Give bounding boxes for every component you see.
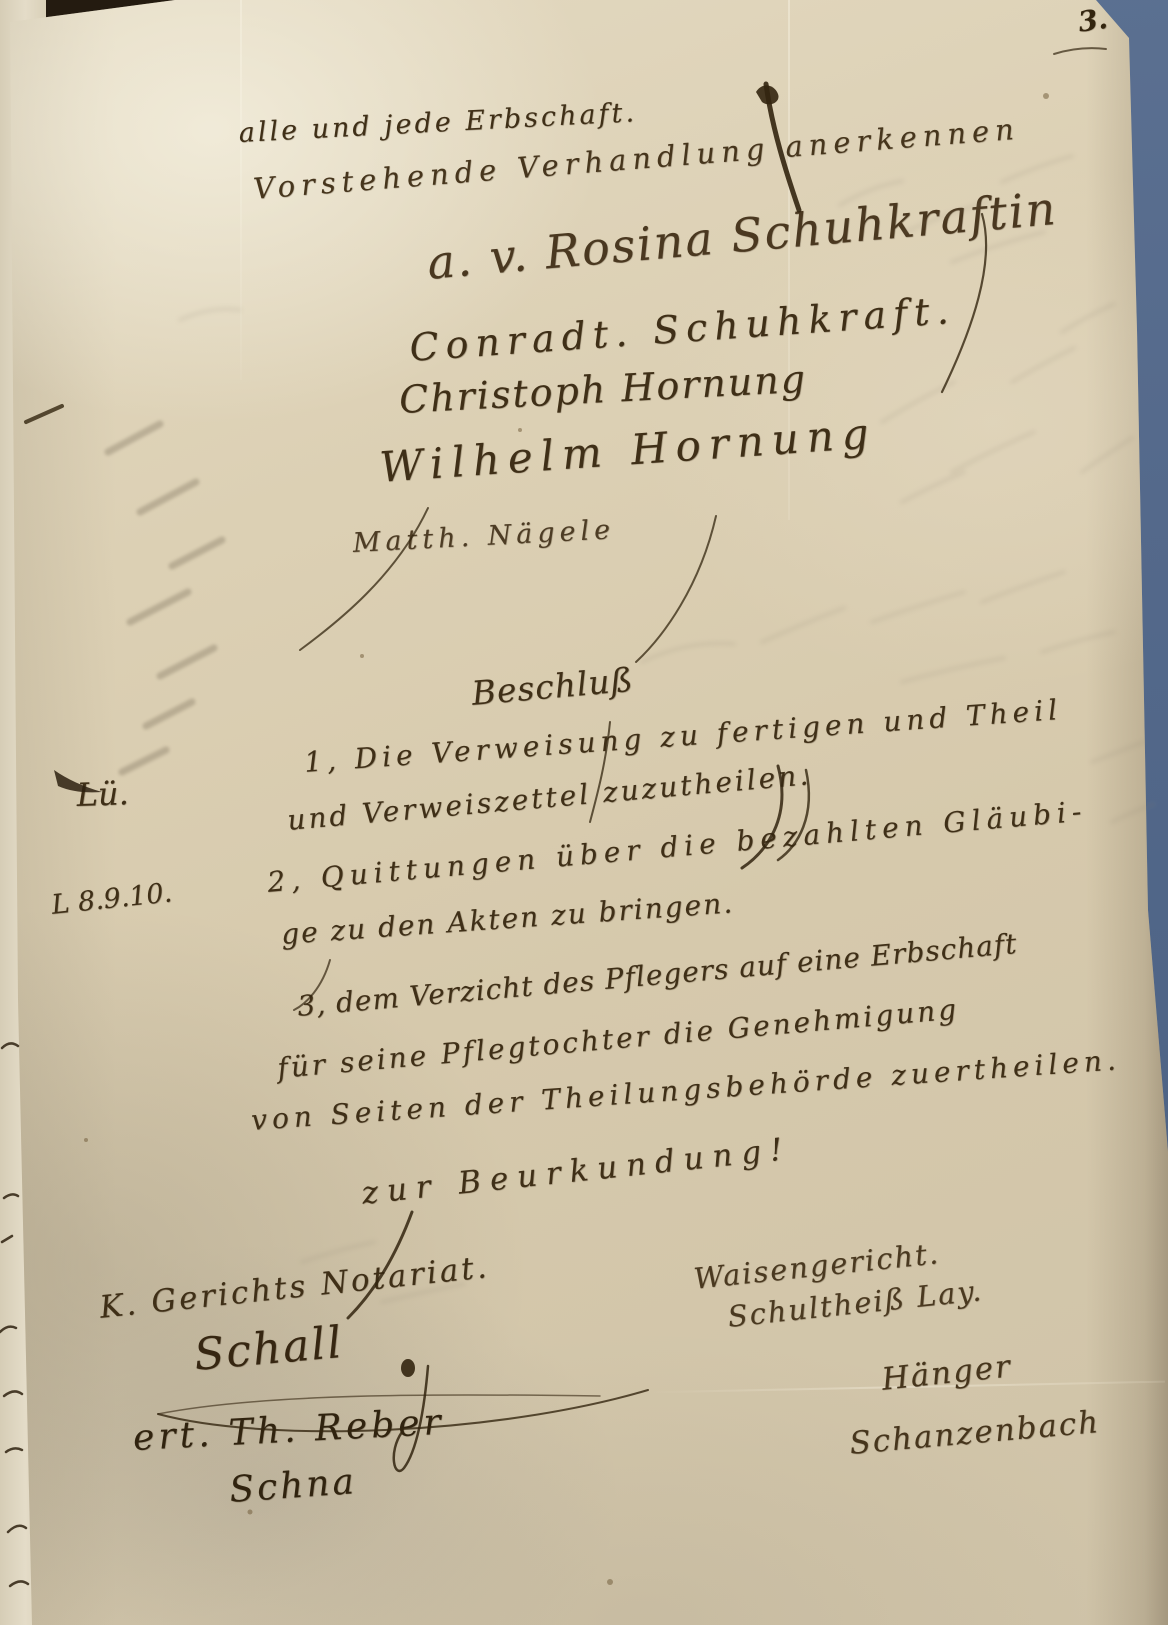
resolution-item-2-line-2: ge zu den Akten zu bringen.	[280, 886, 735, 951]
notary-attestation: ert. Th. Reber	[132, 1402, 446, 1459]
notary-office-title: K. Gerichts Notariat.	[98, 1249, 491, 1326]
witness-signature-1: Conradt. Schuhkraft.	[408, 288, 957, 370]
resolution-item-1-line-1: 1, Die Verweisung zu fertigen und Theil	[303, 693, 1063, 779]
orphan-court-signature-2: Schanzenbach	[848, 1404, 1101, 1462]
resolution-heading: Beschluß	[470, 660, 635, 713]
witness-signature-4: Matth. Nägele	[352, 514, 616, 559]
manuscript-page-photo: 3. alle und jede Erbschaft. Vorstehende …	[0, 0, 1168, 1625]
witness-signature-3: Wilhelm Hornung	[378, 408, 878, 492]
manuscript-line-opening-1: alle und jede Erbschaft.	[238, 97, 638, 149]
manuscript-paper: 3. alle und jede Erbschaft. Vorstehende …	[0, 0, 1168, 1625]
notary-attestation-2: Schna	[228, 1461, 358, 1511]
closing-formula: zur Beurkundung!	[360, 1131, 793, 1212]
notary-signature: Schall	[192, 1317, 345, 1381]
orphan-court-signature-1: Hänger	[880, 1348, 1014, 1397]
margin-note-1: Lü.	[76, 774, 129, 814]
fold-crease-vertical-2	[240, 0, 242, 380]
margin-note-2: L 8.9.10.	[50, 877, 174, 920]
party-signature: a. v. Rosina Schuhkraftin	[425, 181, 1059, 290]
